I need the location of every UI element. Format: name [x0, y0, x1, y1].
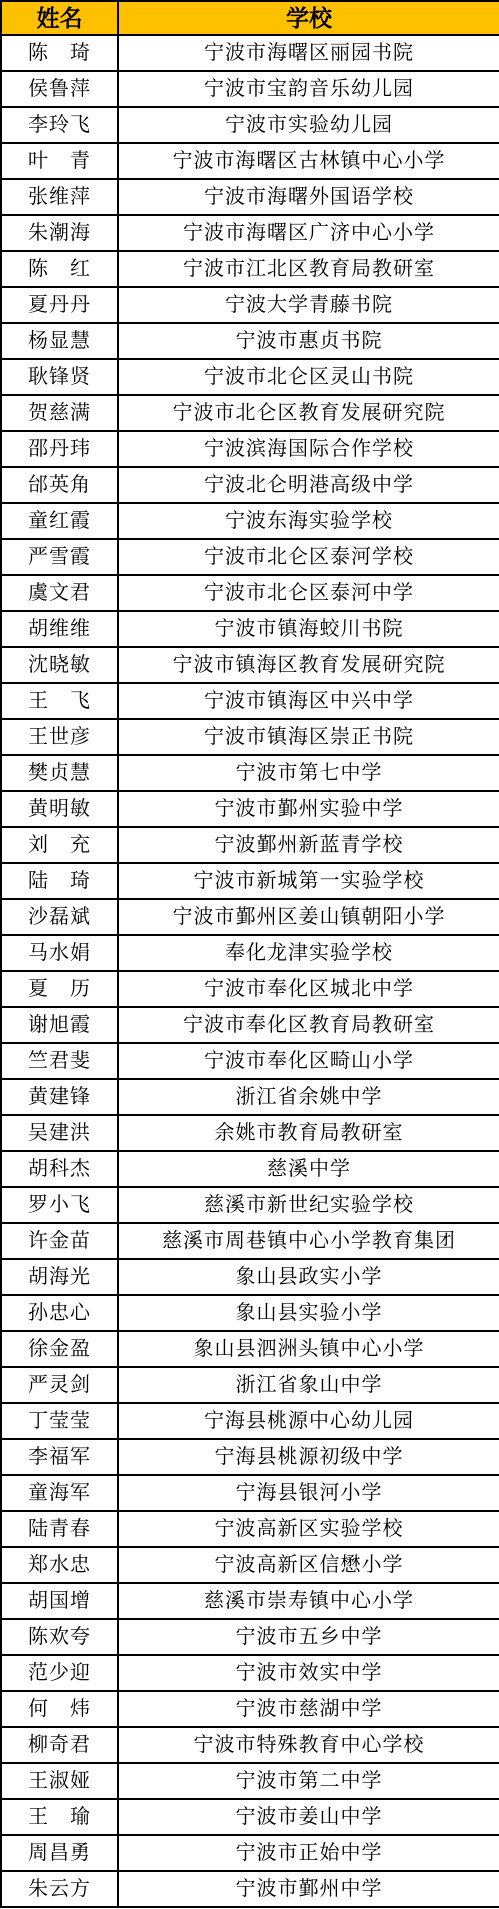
column-header-school: 学校: [118, 1, 499, 35]
table-row: 夏 历宁波市奉化区城北中学: [1, 971, 499, 1007]
table-row: 沈晓敏宁波市镇海区教育发展研究院: [1, 647, 499, 683]
table-row: 胡海光象山县政实小学: [1, 1259, 499, 1295]
table-row: 樊贞慧宁波市第七中学: [1, 755, 499, 791]
table-row: 胡国增慈溪市崇寿镇中心小学: [1, 1583, 499, 1619]
name-cell: 虞文君: [1, 575, 118, 611]
school-cell: 慈溪中学: [118, 1151, 499, 1187]
school-cell: 宁波市奉化区教育局教研室: [118, 1007, 499, 1043]
school-cell: 宁波北仑明港高级中学: [118, 467, 499, 503]
school-cell: 宁波市实验幼儿园: [118, 107, 499, 143]
table-row: 邵丹玮宁波滨海国际合作学校: [1, 431, 499, 467]
table-row: 谢旭霞宁波市奉化区教育局教研室: [1, 1007, 499, 1043]
school-cell: 余姚市教育局教研室: [118, 1115, 499, 1151]
column-header-name: 姓名: [1, 1, 118, 35]
school-cell: 宁波鄞州新蓝青学校: [118, 827, 499, 863]
table-row: 侯鲁萍宁波市宝韵音乐幼儿园: [1, 71, 499, 107]
school-cell: 宁波滨海国际合作学校: [118, 431, 499, 467]
name-cell: 丁莹莹: [1, 1403, 118, 1439]
school-cell: 宁波市海曙区丽园书院: [118, 35, 499, 71]
table-row: 马水娟奉化龙津实验学校: [1, 935, 499, 971]
table-row: 严雪霞宁波市北仑区泰河学校: [1, 539, 499, 575]
school-cell: 宁波市第七中学: [118, 755, 499, 791]
table-row: 孙忠心象山县实验小学: [1, 1295, 499, 1331]
table-row: 郑水忠宁波高新区信懋小学: [1, 1547, 499, 1583]
table-row: 黄明敏宁波市鄞州实验中学: [1, 791, 499, 827]
school-cell: 宁波市奉化区城北中学: [118, 971, 499, 1007]
school-cell: 象山县政实小学: [118, 1259, 499, 1295]
school-cell: 宁波市新城第一实验学校: [118, 863, 499, 899]
name-cell: 张维萍: [1, 179, 118, 215]
table-row: 何 炜宁波市慈湖中学: [1, 1691, 499, 1727]
table-row: 王 瑜宁波市姜山中学: [1, 1799, 499, 1835]
school-cell: 宁波市海曙区古林镇中心小学: [118, 143, 499, 179]
table-row: 刘 充宁波鄞州新蓝青学校: [1, 827, 499, 863]
name-cell: 吴建洪: [1, 1115, 118, 1151]
header-row: 姓名 学校: [1, 1, 499, 35]
table-row: 王 飞宁波市镇海区中兴中学: [1, 683, 499, 719]
school-cell: 宁波市海曙外国语学校: [118, 179, 499, 215]
name-cell: 许金苗: [1, 1223, 118, 1259]
name-cell: 王淑娅: [1, 1763, 118, 1799]
table-row: 胡维维宁波市镇海蛟川书院: [1, 611, 499, 647]
name-cell: 陈欢夸: [1, 1619, 118, 1655]
name-cell: 李玲飞: [1, 107, 118, 143]
school-cell: 宁波市惠贞书院: [118, 323, 499, 359]
name-cell: 谢旭霞: [1, 1007, 118, 1043]
school-cell: 宁波高新区实验学校: [118, 1511, 499, 1547]
table-row: 严灵剑浙江省象山中学: [1, 1367, 499, 1403]
school-cell: 宁波市宝韵音乐幼儿园: [118, 71, 499, 107]
table-row: 罗小飞慈溪市新世纪实验学校: [1, 1187, 499, 1223]
name-cell: 马水娟: [1, 935, 118, 971]
table-row: 柳奇君宁波市特殊教育中心学校: [1, 1727, 499, 1763]
school-cell: 宁波市镇海区崇正书院: [118, 719, 499, 755]
name-cell: 陆 琦: [1, 863, 118, 899]
table-row: 陆青春宁波高新区实验学校: [1, 1511, 499, 1547]
school-cell: 慈溪市新世纪实验学校: [118, 1187, 499, 1223]
name-cell: 陆青春: [1, 1511, 118, 1547]
name-cell: 郑水忠: [1, 1547, 118, 1583]
table-row: 童红霞宁波东海实验学校: [1, 503, 499, 539]
school-cell: 浙江省象山中学: [118, 1367, 499, 1403]
name-cell: 胡国增: [1, 1583, 118, 1619]
school-cell: 浙江省余姚中学: [118, 1079, 499, 1115]
school-cell: 宁波高新区信懋小学: [118, 1547, 499, 1583]
school-cell: 宁波市特殊教育中心学校: [118, 1727, 499, 1763]
school-cell: 宁波市鄞州中学: [118, 1871, 499, 1907]
school-cell: 慈溪市周巷镇中心小学教育集团: [118, 1223, 499, 1259]
table-row: 周昌勇宁波市正始中学: [1, 1835, 499, 1871]
name-cell: 耿锋贤: [1, 359, 118, 395]
school-cell: 宁波市五乡中学: [118, 1619, 499, 1655]
table-row: 张维萍宁波市海曙外国语学校: [1, 179, 499, 215]
school-cell: 宁波东海实验学校: [118, 503, 499, 539]
name-cell: 杨显慧: [1, 323, 118, 359]
name-cell: 黄明敏: [1, 791, 118, 827]
name-cell: 竺君斐: [1, 1043, 118, 1079]
name-cell: 沙磊斌: [1, 899, 118, 935]
school-cell: 宁波市北仑区灵山书院: [118, 359, 499, 395]
name-cell: 王世彦: [1, 719, 118, 755]
name-cell: 胡维维: [1, 611, 118, 647]
school-cell: 宁波市第二中学: [118, 1763, 499, 1799]
school-cell: 宁波市海曙区广济中心小学: [118, 215, 499, 251]
school-cell: 宁波市正始中学: [118, 1835, 499, 1871]
name-cell: 严灵剑: [1, 1367, 118, 1403]
school-cell: 象山县实验小学: [118, 1295, 499, 1331]
table-row: 王淑娅宁波市第二中学: [1, 1763, 499, 1799]
name-cell: 贺慈满: [1, 395, 118, 431]
school-cell: 宁波市北仑区泰河学校: [118, 539, 499, 575]
table-row: 叶 青宁波市海曙区古林镇中心小学: [1, 143, 499, 179]
name-cell: 沈晓敏: [1, 647, 118, 683]
school-cell: 宁波市效实中学: [118, 1655, 499, 1691]
table-row: 李玲飞宁波市实验幼儿园: [1, 107, 499, 143]
name-cell: 夏 历: [1, 971, 118, 1007]
school-cell: 宁波市鄞州实验中学: [118, 791, 499, 827]
school-cell: 宁波市奉化区畸山小学: [118, 1043, 499, 1079]
table-row: 朱潮海宁波市海曙区广济中心小学: [1, 215, 499, 251]
school-cell: 宁海县桃源中心幼儿园: [118, 1403, 499, 1439]
table-row: 朱云方宁波市鄞州中学: [1, 1871, 499, 1907]
table-row: 王世彦宁波市镇海区崇正书院: [1, 719, 499, 755]
table-body: 陈 琦宁波市海曙区丽园书院侯鲁萍宁波市宝韵音乐幼儿园李玲飞宁波市实验幼儿园叶 青…: [1, 35, 499, 1907]
name-cell: 朱云方: [1, 1871, 118, 1907]
table-row: 沙磊斌宁波市鄞州区姜山镇朝阳小学: [1, 899, 499, 935]
school-cell: 宁海县桃源初级中学: [118, 1439, 499, 1475]
school-cell: 宁波市镇海蛟川书院: [118, 611, 499, 647]
name-cell: 陈 琦: [1, 35, 118, 71]
name-cell: 何 炜: [1, 1691, 118, 1727]
table-row: 胡科杰慈溪中学: [1, 1151, 499, 1187]
table-row: 陈 琦宁波市海曙区丽园书院: [1, 35, 499, 71]
name-cell: 孙忠心: [1, 1295, 118, 1331]
name-cell: 周昌勇: [1, 1835, 118, 1871]
name-cell: 陈 红: [1, 251, 118, 287]
name-cell: 樊贞慧: [1, 755, 118, 791]
school-cell: 宁波市北仑区泰河中学: [118, 575, 499, 611]
table-row: 竺君斐宁波市奉化区畸山小学: [1, 1043, 499, 1079]
table-row: 童海军宁海县银河小学: [1, 1475, 499, 1511]
name-cell: 李福军: [1, 1439, 118, 1475]
school-cell: 宁波市镇海区中兴中学: [118, 683, 499, 719]
table-row: 黄建锋浙江省余姚中学: [1, 1079, 499, 1115]
table-row: 陈 红宁波市江北区教育局教研室: [1, 251, 499, 287]
name-cell: 侯鲁萍: [1, 71, 118, 107]
name-cell: 刘 充: [1, 827, 118, 863]
table-row: 丁莹莹宁海县桃源中心幼儿园: [1, 1403, 499, 1439]
name-cell: 徐金盈: [1, 1331, 118, 1367]
school-cell: 慈溪市崇寿镇中心小学: [118, 1583, 499, 1619]
name-cell: 童红霞: [1, 503, 118, 539]
table-row: 吴建洪余姚市教育局教研室: [1, 1115, 499, 1151]
table-row: 虞文君宁波市北仑区泰河中学: [1, 575, 499, 611]
school-cell: 宁波市江北区教育局教研室: [118, 251, 499, 287]
table-row: 陆 琦宁波市新城第一实验学校: [1, 863, 499, 899]
name-cell: 胡科杰: [1, 1151, 118, 1187]
table-row: 夏丹丹宁波大学青藤书院: [1, 287, 499, 323]
school-cell: 宁波市姜山中学: [118, 1799, 499, 1835]
name-cell: 叶 青: [1, 143, 118, 179]
name-cell: 柳奇君: [1, 1727, 118, 1763]
school-cell: 宁海县银河小学: [118, 1475, 499, 1511]
table-row: 贺慈满宁波市北仑区教育发展研究院: [1, 395, 499, 431]
name-cell: 罗小飞: [1, 1187, 118, 1223]
table-row: 许金苗慈溪市周巷镇中心小学教育集团: [1, 1223, 499, 1259]
name-cell: 童海军: [1, 1475, 118, 1511]
table-header: 姓名 学校: [1, 1, 499, 35]
table-row: 陈欢夸宁波市五乡中学: [1, 1619, 499, 1655]
name-school-table: 姓名 学校 陈 琦宁波市海曙区丽园书院侯鲁萍宁波市宝韵音乐幼儿园李玲飞宁波市实验…: [0, 0, 499, 1908]
name-cell: 黄建锋: [1, 1079, 118, 1115]
name-cell: 朱潮海: [1, 215, 118, 251]
school-cell: 宁波市鄞州区姜山镇朝阳小学: [118, 899, 499, 935]
table-row: 耿锋贤宁波市北仑区灵山书院: [1, 359, 499, 395]
table-row: 邰英角宁波北仑明港高级中学: [1, 467, 499, 503]
school-cell: 象山县泗洲头镇中心小学: [118, 1331, 499, 1367]
school-cell: 宁波市北仑区教育发展研究院: [118, 395, 499, 431]
school-cell: 奉化龙津实验学校: [118, 935, 499, 971]
name-cell: 王 飞: [1, 683, 118, 719]
name-cell: 邰英角: [1, 467, 118, 503]
name-cell: 王 瑜: [1, 1799, 118, 1835]
name-cell: 范少迎: [1, 1655, 118, 1691]
school-cell: 宁波市镇海区教育发展研究院: [118, 647, 499, 683]
school-cell: 宁波大学青藤书院: [118, 287, 499, 323]
table-row: 范少迎宁波市效实中学: [1, 1655, 499, 1691]
name-cell: 邵丹玮: [1, 431, 118, 467]
name-cell: 严雪霞: [1, 539, 118, 575]
table-row: 杨显慧宁波市惠贞书院: [1, 323, 499, 359]
name-cell: 胡海光: [1, 1259, 118, 1295]
name-cell: 夏丹丹: [1, 287, 118, 323]
table-row: 李福军宁海县桃源初级中学: [1, 1439, 499, 1475]
table-row: 徐金盈象山县泗洲头镇中心小学: [1, 1331, 499, 1367]
school-cell: 宁波市慈湖中学: [118, 1691, 499, 1727]
